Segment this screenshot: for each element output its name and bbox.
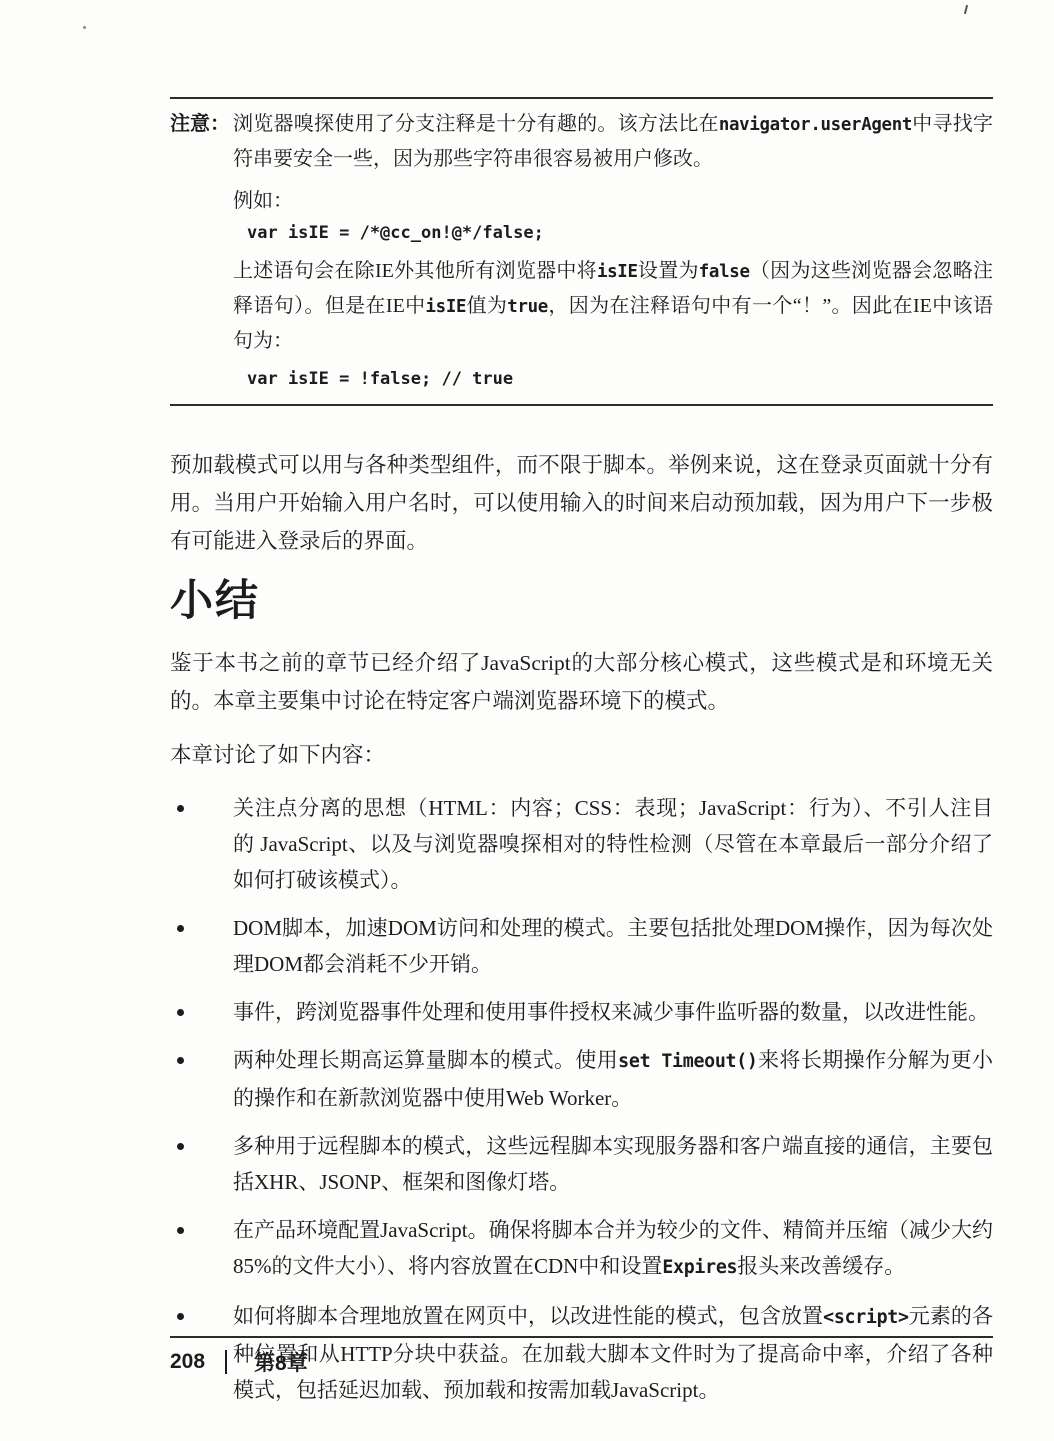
- summary-list-item-text: 事件，跨浏览器事件处理和使用事件授权来减少事件监听器的数量，以改进性能。: [233, 994, 993, 1030]
- page-content: 注意： 浏览器嗅探使用了分支注释是十分有趣的。该方法比在navigator.us…: [170, 97, 993, 1420]
- summary-list-item-text: 在产品环境配置JavaScript。确保将脚本合并为较少的文件、精简并压缩（减少…: [233, 1212, 993, 1286]
- summary-list-item-text: 两种处理长期高运算量脚本的模式。使用set Timeout()来将长期操作分解为…: [233, 1042, 993, 1116]
- bullet-icon: [177, 805, 184, 812]
- note-label: 注意：: [170, 107, 233, 392]
- summary-list-item: 在产品环境配置JavaScript。确保将脚本合并为较少的文件、精简并压缩（减少…: [170, 1212, 993, 1286]
- code-snippet-cc-on: var isIE = /*@cc_on!@*/false;: [247, 220, 993, 246]
- list-lead-in: 本章讨论了如下内容：: [170, 736, 993, 774]
- summary-list-item: 事件，跨浏览器事件处理和使用事件授权来减少事件监听器的数量，以改进性能。: [170, 994, 993, 1030]
- bullet-icon: [177, 1313, 184, 1320]
- summary-list-item: 多种用于远程脚本的模式，这些远程脚本实现服务器和客户端直接的通信，主要包括XHR…: [170, 1128, 993, 1200]
- page-footer: 208 | 第8章: [170, 1336, 993, 1377]
- preload-paragraph: 预加载模式可以用与各种类型组件，而不限于脚本。举例来说，这在登录页面就十分有用。…: [170, 446, 993, 560]
- summary-list-item: 两种处理长期高运算量脚本的模式。使用set Timeout()来将长期操作分解为…: [170, 1042, 993, 1116]
- code-snippet-isie-true: var isIE = !false; // true: [247, 366, 993, 392]
- note-callout: 注意： 浏览器嗅探使用了分支注释是十分有趣的。该方法比在navigator.us…: [170, 97, 993, 406]
- summary-list-item-text: 多种用于远程脚本的模式，这些远程脚本实现服务器和客户端直接的通信，主要包括XHR…: [233, 1128, 993, 1200]
- page-number: 208: [170, 1350, 205, 1374]
- summary-list-item: 关注点分离的思想（HTML：内容；CSS：表现；JavaScript：行为）、不…: [170, 790, 993, 898]
- scan-artifact-dot: [83, 26, 86, 29]
- note-example-label: 例如：: [233, 184, 993, 218]
- note-bottom-rule: [170, 404, 993, 406]
- bullet-icon: [177, 1009, 184, 1016]
- summary-list-item-text: DOM脚本，加速DOM访问和处理的模式。主要包括批处理DOM操作，因为每次处理D…: [233, 910, 993, 982]
- bullet-icon: [177, 1143, 184, 1150]
- note-paragraph-isie: 上述语句会在除IE外其他所有浏览器中将isIE设置为false（因为这些浏览器会…: [233, 254, 993, 358]
- summary-list-item-text: 关注点分离的思想（HTML：内容；CSS：表现；JavaScript：行为）、不…: [233, 790, 993, 898]
- chapter-label: 第8章: [254, 1347, 308, 1377]
- note-body: 浏览器嗅探使用了分支注释是十分有趣的。该方法比在navigator.userAg…: [233, 107, 993, 392]
- bullet-icon: [177, 925, 184, 932]
- footer-divider: |: [225, 1350, 227, 1374]
- summary-intro-paragraph: 鉴于本书之前的章节已经介绍了JavaScript的大部分核心模式，这些模式是和环…: [170, 644, 993, 720]
- summary-list-item: DOM脚本，加速DOM访问和处理的模式。主要包括批处理DOM操作，因为每次处理D…: [170, 910, 993, 982]
- section-heading-summary: 小结: [170, 576, 993, 626]
- book-page: 注意： 浏览器嗅探使用了分支注释是十分有趣的。该方法比在navigator.us…: [0, 0, 1054, 1441]
- scan-artifact-mark: [964, 5, 968, 14]
- bullet-icon: [177, 1057, 184, 1064]
- note-paragraph-sniffing: 浏览器嗅探使用了分支注释是十分有趣的。该方法比在navigator.userAg…: [233, 107, 993, 176]
- bullet-icon: [177, 1227, 184, 1234]
- summary-list: 关注点分离的思想（HTML：内容；CSS：表现；JavaScript：行为）、不…: [170, 790, 993, 1408]
